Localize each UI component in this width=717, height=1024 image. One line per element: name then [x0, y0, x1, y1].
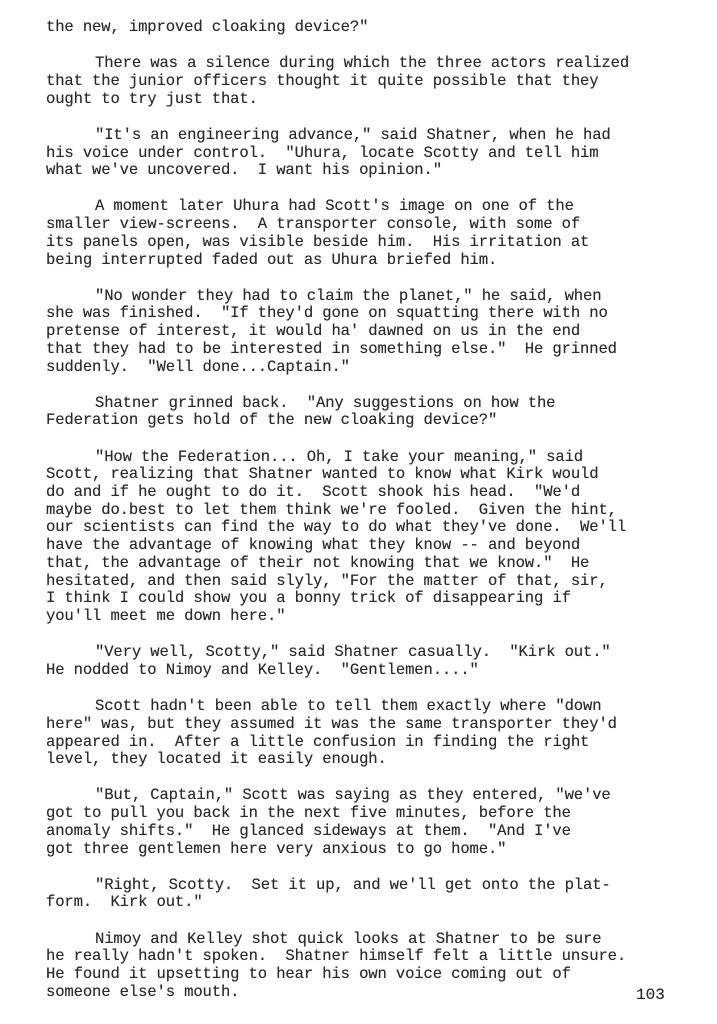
paragraph: Scott hadn't been able to tell them exac… [46, 698, 711, 769]
text-line: someone else's mouth. [46, 984, 711, 1002]
paragraph: "How the Federation... Oh, I take your m… [46, 449, 711, 626]
text-line: pretense of interest, it would ha' dawne… [46, 323, 711, 341]
text-line: suddenly. "Well done...Captain." [46, 359, 711, 377]
text-line: He found it upsetting to hear his own vo… [46, 966, 711, 984]
text-line: He nodded to Nimoy and Kelley. "Gentleme… [46, 662, 711, 680]
text-line: Shatner grinned back. "Any suggestions o… [46, 395, 711, 413]
paragraph: "No wonder they had to claim the planet,… [46, 288, 711, 377]
manuscript-page: the new, improved cloaking device?"There… [46, 19, 711, 1020]
text-line: do and if he ought to do it. Scott shook… [46, 484, 711, 502]
text-line: its panels open, was visible beside him.… [46, 234, 711, 252]
text-line: "Right, Scotty. Set it up, and we'll get… [46, 877, 711, 895]
text-line: have the advantage of knowing what they … [46, 537, 711, 555]
paragraph: There was a silence during which the thr… [46, 55, 711, 108]
text-line: smaller view-screens. A transporter cons… [46, 216, 711, 234]
text-line: There was a silence during which the thr… [46, 55, 711, 73]
paragraph: "But, Captain," Scott was saying as they… [46, 787, 711, 858]
text-line: that they had to be interested in someth… [46, 341, 711, 359]
text-line: Nimoy and Kelley shot quick looks at Sha… [46, 931, 711, 949]
text-line: maybe do.best to let them think we're fo… [46, 502, 711, 520]
text-line: appeared in. After a little confusion in… [46, 734, 711, 752]
text-line: got to pull you back in the next five mi… [46, 805, 711, 823]
text-line: that, the advantage of their not knowing… [46, 555, 711, 573]
text-line: "How the Federation... Oh, I take your m… [46, 449, 711, 467]
text-line: got three gentlemen here very anxious to… [46, 841, 711, 859]
page-number: 103 [636, 986, 665, 1004]
text-line: she was finished. "If they'd gone on squ… [46, 305, 711, 323]
text-line: ought to try just that. [46, 91, 711, 109]
text-line: anomaly shifts." He glanced sideways at … [46, 823, 711, 841]
text-line: I think I could show you a bonny trick o… [46, 590, 711, 608]
text-line: form. Kirk out." [46, 894, 711, 912]
text-line: our scientists can find the way to do wh… [46, 519, 711, 537]
paragraph: Nimoy and Kelley shot quick looks at Sha… [46, 931, 711, 1002]
paragraph: the new, improved cloaking device?" [46, 19, 711, 37]
text-line: "But, Captain," Scott was saying as they… [46, 787, 711, 805]
text-line: "Very well, Scotty," said Shatner casual… [46, 644, 711, 662]
text-line: what we've uncovered. I want his opinion… [46, 162, 711, 180]
text-line: Federation gets hold of the new cloaking… [46, 412, 711, 430]
text-line: that the junior officers thought it quit… [46, 73, 711, 91]
text-line: level, they located it easily enough. [46, 751, 711, 769]
text-line: A moment later Uhura had Scott's image o… [46, 198, 711, 216]
text-line: "No wonder they had to claim the planet,… [46, 288, 711, 306]
paragraph: "Right, Scotty. Set it up, and we'll get… [46, 877, 711, 912]
text-line: Scott hadn't been able to tell them exac… [46, 698, 711, 716]
text-line: he really hadn't spoken. Shatner himself… [46, 948, 711, 966]
text-line: Scott, realizing that Shatner wanted to … [46, 466, 711, 484]
text-line: here" was, but they assumed it was the s… [46, 716, 711, 734]
paragraph: "Very well, Scotty," said Shatner casual… [46, 644, 711, 679]
text-line: being interrupted faded out as Uhura bri… [46, 252, 711, 270]
paragraph: Shatner grinned back. "Any suggestions o… [46, 395, 711, 430]
text-line: his voice under control. "Uhura, locate … [46, 145, 711, 163]
text-line: hesitated, and then said slyly, "For the… [46, 573, 711, 591]
text-line: "It's an engineering advance," said Shat… [46, 127, 711, 145]
paragraph: "It's an engineering advance," said Shat… [46, 127, 711, 180]
text-line: you'll meet me down here." [46, 608, 711, 626]
text-line: the new, improved cloaking device?" [46, 19, 711, 37]
paragraph: A moment later Uhura had Scott's image o… [46, 198, 711, 269]
